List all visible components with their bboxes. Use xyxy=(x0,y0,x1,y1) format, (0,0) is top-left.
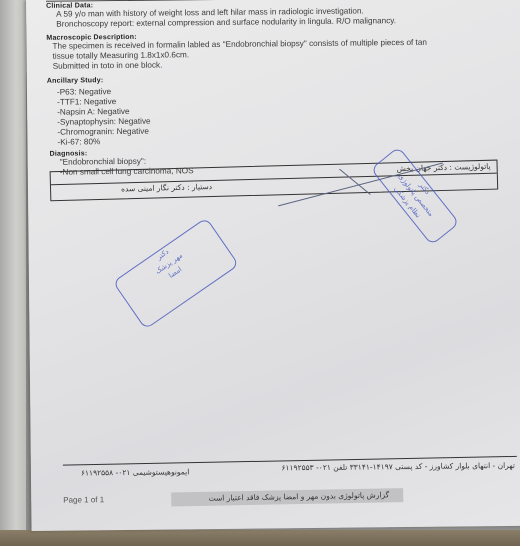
ancillary-study-section: Ancillary Study: -P63: Negative -TTF1: N… xyxy=(47,77,151,148)
resident-name: دستیار : دکتر نگار امینی سده xyxy=(121,182,212,193)
validity-note-bar: گزارش پاتولوژی بدون مهر و امضا پزشک فاقد… xyxy=(171,488,403,506)
page-number: Page 1 of 1 xyxy=(63,495,104,504)
background-surface-left xyxy=(0,0,26,546)
ancillary-item: -Chromogranin: Negative xyxy=(47,127,150,138)
ancillary-heading: Ancillary Study: xyxy=(47,77,150,85)
validity-note: گزارش پاتولوژی بدون مهر و امضا پزشک فاقد… xyxy=(208,490,389,502)
macroscopic-section: Macroscopic Description: The specimen is… xyxy=(46,31,427,72)
handwritten-stamp: دکتر مهر پزشک امضا xyxy=(112,217,239,329)
pathology-report-page: Clinical Data: A 59 y/o man with history… xyxy=(26,0,520,531)
clinical-data-section: Clinical Data: A 59 y/o man with history… xyxy=(46,0,396,30)
ancillary-item: -Ki-67: 80% xyxy=(47,137,150,148)
stamp-text: مهر پزشک xyxy=(120,228,218,301)
background-surface-bottom xyxy=(0,530,520,546)
footer-immuno-phone: ایمونوهیستوشیمی ۰۲۱- ۶۱۱۹۲۵۵۸ xyxy=(81,467,189,477)
footer-address: تهران - انتهای بلوار کشاورز - کد پستی ۱۴… xyxy=(281,461,515,472)
